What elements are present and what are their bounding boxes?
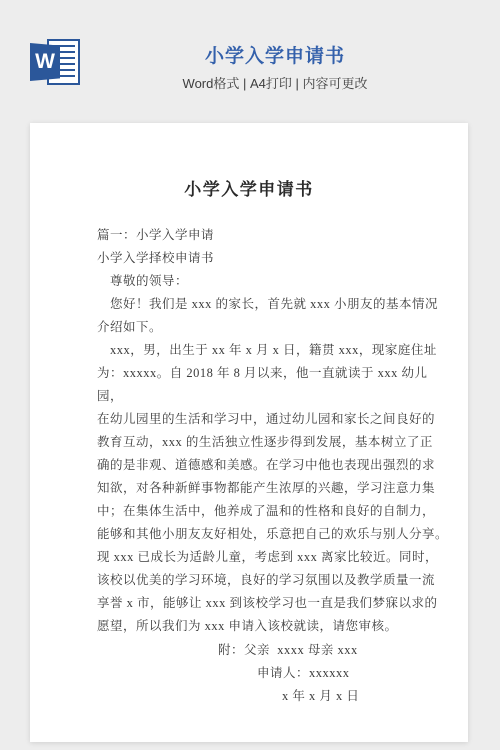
doc-line: 在幼儿园里的生活和学习中，通过幼儿园和家长之间良好的 — [97, 408, 450, 431]
doc-line: 尊敬的领导： — [97, 270, 450, 293]
doc-line: 中；在集体生活中，他养成了温和的性格和良好的自制力， — [97, 500, 450, 523]
doc-line: 该校以优美的学习环境，良好的学习氛围以及教学质量一流 — [97, 569, 450, 592]
doc-line: 能够和其他小朋友友好相处，乐意把自己的欢乐与别人分享。 — [97, 523, 450, 546]
doc-line: 愿望，所以我们为 xxx 申请入该校就读，请您审核。 — [97, 615, 450, 638]
doc-line: 知欲，对各种新鲜事物都能产生浓厚的兴趣，学习注意力集 — [97, 477, 450, 500]
page-title: 小学入学申请书 — [80, 46, 470, 68]
doc-line: 教育互动，xxx 的生活独立性逐步得到发展，基本树立了正 — [97, 431, 450, 454]
applicant-line: 申请人：xxxxxx — [257, 662, 450, 685]
format-subtitle: Word格式 | A4打印 | 内容可更改 — [80, 76, 470, 92]
doc-line: xxx，男，出生于 xx 年 x 月 x 日，籍贯 xxx，现家庭住址 — [97, 339, 450, 362]
doc-line: 小学入学择校申请书 — [97, 247, 450, 270]
doc-line: 介绍如下。 — [97, 316, 450, 339]
doc-line: 现 xxx 已成长为适龄儿童，考虑到 xxx 离家比较近。同时， — [97, 546, 450, 569]
document-title: 小学入学申请书 — [30, 175, 468, 200]
date-line: x 年 x 月 x 日 — [282, 685, 450, 708]
document-page: 小学入学申请书 篇一：小学入学申请 小学入学择校申请书 尊敬的领导： 您好！我们… — [30, 123, 468, 742]
preview-header: W 小学入学申请书 Word格式 | A4打印 | 内容可更改 — [0, 0, 500, 123]
doc-line: 您好！我们是 xxx 的家长，首先就 xxx 小朋友的基本情况 — [97, 293, 450, 316]
word-icon-letter: W — [30, 43, 60, 81]
closing-block: 附：父亲 xxxx 母亲 xxx 申请人：xxxxxx x 年 x 月 x 日 — [97, 639, 450, 708]
header-text-block: 小学入学申请书 Word格式 | A4打印 | 内容可更改 — [80, 38, 470, 92]
doc-line: 为：xxxxx。自 2018 年 8 月以来，他一直就读于 xxx 幼儿园， — [97, 362, 450, 408]
doc-line: 确的是非观、道德感和美感。在学习中他也表现出强烈的求 — [97, 454, 450, 477]
attachment-line: 附：父亲 xxxx 母亲 xxx — [218, 639, 450, 662]
doc-line: 享誉 x 市，能够让 xxx 到该校学习也一直是我们梦寐以求的 — [97, 592, 450, 615]
document-body: 篇一：小学入学申请 小学入学择校申请书 尊敬的领导： 您好！我们是 xxx 的家… — [30, 224, 468, 708]
doc-line: 篇一：小学入学申请 — [97, 224, 450, 247]
word-icon: W — [30, 39, 80, 85]
